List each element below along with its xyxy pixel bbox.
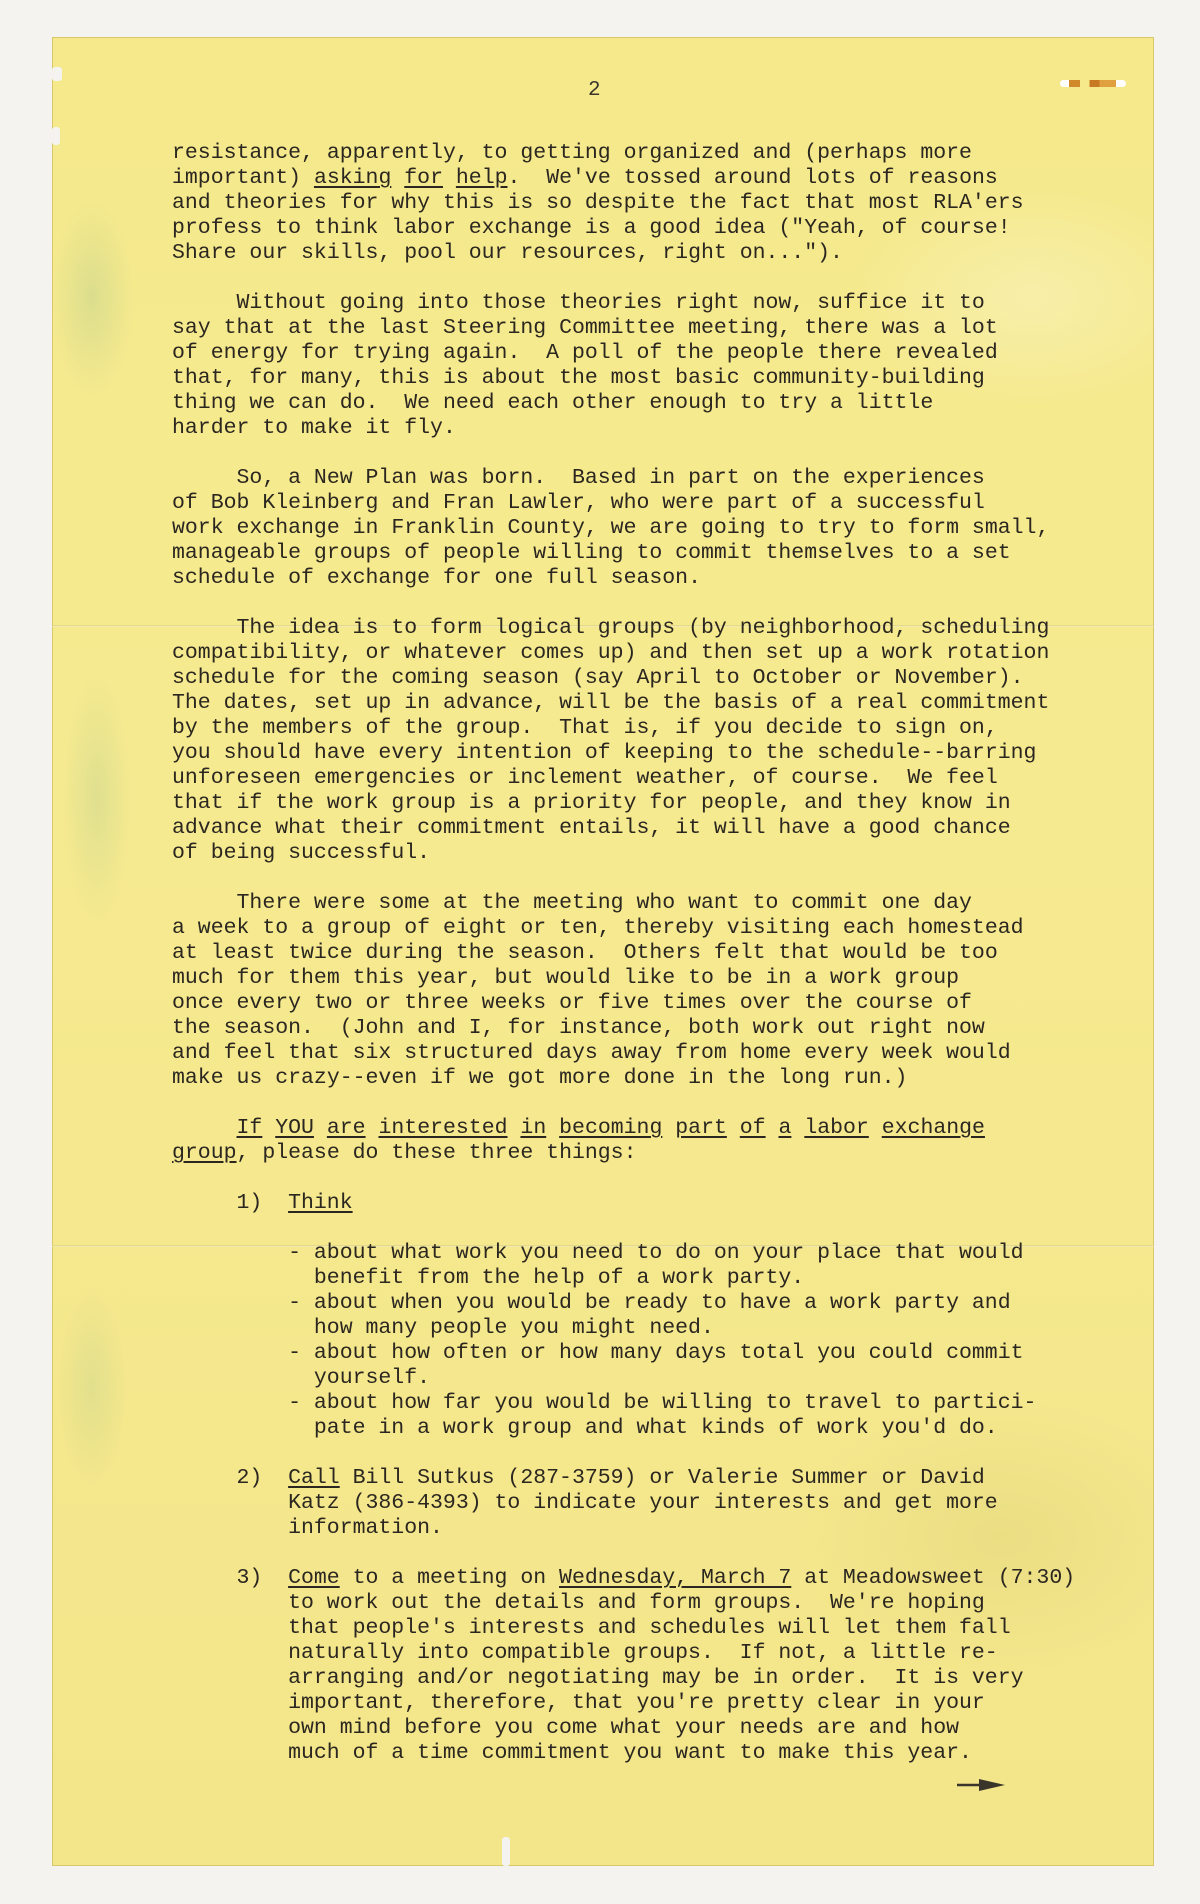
paper-tear	[502, 1837, 510, 1866]
step-line: own mind before you come what your needs…	[288, 1716, 959, 1741]
paragraph-line: make us crazy--even if we got more done …	[172, 1066, 907, 1091]
step-line: that people's interests and schedules wi…	[288, 1616, 1011, 1641]
paragraph-line: by the members of the group. That is, if…	[172, 716, 998, 741]
underlined-text: Come	[288, 1566, 340, 1590]
paragraph-line: compatibility, or whatever comes up) and…	[172, 641, 1049, 666]
paragraph-line: profess to think labor exchange is a goo…	[172, 216, 1011, 241]
paragraph-line: a week to a group of eight or ten, there…	[172, 916, 1024, 941]
paragraph-line: So, a New Plan was born. Based in part o…	[172, 466, 985, 491]
step-line: Think	[288, 1191, 353, 1216]
paragraph-line: of being successful.	[172, 841, 430, 866]
bullet-line: about when you would be ready to have a …	[314, 1291, 1011, 1316]
underlined-text: interested	[378, 1116, 507, 1140]
paragraph-line: important) asking for help. We've tossed…	[172, 166, 998, 191]
underlined-text: part	[675, 1116, 727, 1140]
bullet-line: about how far you would be willing to tr…	[314, 1391, 1037, 1416]
step-line: Call Bill Sutkus (287-3759) or Valerie S…	[288, 1466, 985, 1491]
paragraph-line: manageable groups of people willing to c…	[172, 541, 1011, 566]
step-number: 2)	[237, 1466, 263, 1491]
step-line: Katz (386-4393) to indicate your interes…	[288, 1491, 998, 1516]
paragraph-line: The dates, set up in advance, will be th…	[172, 691, 1049, 716]
staple-hole-mark	[1060, 80, 1126, 87]
paragraph-line: If YOU are interested in becoming part o…	[172, 1116, 985, 1141]
underlined-text: labor	[804, 1116, 869, 1140]
bullet-line: pate in a work group and what kinds of w…	[314, 1416, 998, 1441]
step-line: information.	[288, 1516, 443, 1541]
paragraph-line: that if the work group is a priority for…	[172, 791, 1011, 816]
paragraph-line: group, please do these three things:	[172, 1141, 636, 1166]
paragraph-line: much for them this year, but would like …	[172, 966, 959, 991]
bullet-line: yourself.	[314, 1366, 430, 1391]
paragraph-line: work exchange in Franklin County, we are…	[172, 516, 1049, 541]
paper-tear	[52, 67, 62, 81]
bullet-dash: -	[288, 1291, 301, 1316]
paragraph-line: that, for many, this is about the most b…	[172, 366, 985, 391]
step-number: 3)	[237, 1566, 263, 1591]
page-number: 2	[588, 79, 601, 102]
underlined-text: are	[327, 1116, 366, 1140]
bullet-dash: -	[288, 1391, 301, 1416]
paragraph-line: and theories for why this is so despite …	[172, 191, 1024, 216]
step-line: much of a time commitment you want to ma…	[288, 1741, 972, 1766]
paragraph-line: Without going into those theories right …	[172, 291, 985, 316]
paragraph-line: of energy for trying again. A poll of th…	[172, 341, 998, 366]
bullet-dash: -	[288, 1341, 301, 1366]
step-line: to work out the details and form groups.…	[288, 1591, 985, 1616]
paper-tear	[52, 127, 60, 145]
paragraph-line: and feel that six structured days away f…	[172, 1041, 1011, 1066]
step-number: 1)	[237, 1191, 263, 1216]
bullet-line: how many people you might need.	[314, 1316, 714, 1341]
underlined-text: exchange	[882, 1116, 985, 1140]
step-line: important, therefore, that you're pretty…	[288, 1691, 985, 1716]
paragraph-line: say that at the last Steering Committee …	[172, 316, 998, 341]
paragraph-line: you should have every intention of keepi…	[172, 741, 1036, 766]
bullet-line: benefit from the help of a work party.	[314, 1266, 804, 1291]
underlined-text: group	[172, 1141, 237, 1165]
paragraph-line: once every two or three weeks or five ti…	[172, 991, 972, 1016]
paragraph-line: There were some at the meeting who want …	[172, 891, 972, 916]
paragraph-line: of Bob Kleinberg and Fran Lawler, who we…	[172, 491, 985, 516]
underlined-text: for	[404, 166, 443, 190]
underlined-text: becoming	[559, 1116, 662, 1140]
right-arrow-icon	[957, 1779, 1005, 1791]
paragraph-line: resistance, apparently, to getting organ…	[172, 141, 972, 166]
underlined-text: help	[456, 166, 508, 190]
paragraph-line: schedule for the coming season (say Apri…	[172, 666, 1024, 691]
underlined-text: Wednesday, March 7	[559, 1566, 791, 1590]
step-line: Come to a meeting on Wednesday, March 7 …	[288, 1566, 1075, 1591]
underlined-text: Think	[288, 1191, 353, 1215]
paragraph-line: The idea is to form logical groups (by n…	[172, 616, 1049, 641]
underlined-text: a	[779, 1116, 792, 1140]
underlined-text: asking	[314, 166, 391, 190]
underlined-text: in	[520, 1116, 546, 1140]
paragraph-line: unforeseen emergencies or inclement weat…	[172, 766, 998, 791]
bullet-line: about what work you need to do on your p…	[314, 1241, 1024, 1266]
paragraph-line: thing we can do. We need each other enou…	[172, 391, 933, 416]
step-line: naturally into compatible groups. If not…	[288, 1641, 998, 1666]
bullet-line: about how often or how many days total y…	[314, 1341, 1024, 1366]
underlined-text: of	[740, 1116, 766, 1140]
underlined-text: If	[237, 1116, 263, 1140]
paragraph-line: Share our skills, pool our resources, ri…	[172, 241, 843, 266]
paragraph-line: the season. (John and I, for instance, b…	[172, 1016, 985, 1041]
bullet-dash: -	[288, 1241, 301, 1266]
underlined-text: Call	[288, 1466, 340, 1490]
underlined-text: YOU	[275, 1116, 314, 1140]
paragraph-line: schedule of exchange for one full season…	[172, 566, 701, 591]
paragraph-line: advance what their commitment entails, i…	[172, 816, 1011, 841]
step-line: arranging and/or negotiating may be in o…	[288, 1666, 1023, 1691]
paragraph-line: at least twice during the season. Others…	[172, 941, 998, 966]
paragraph-line: harder to make it fly.	[172, 416, 456, 441]
